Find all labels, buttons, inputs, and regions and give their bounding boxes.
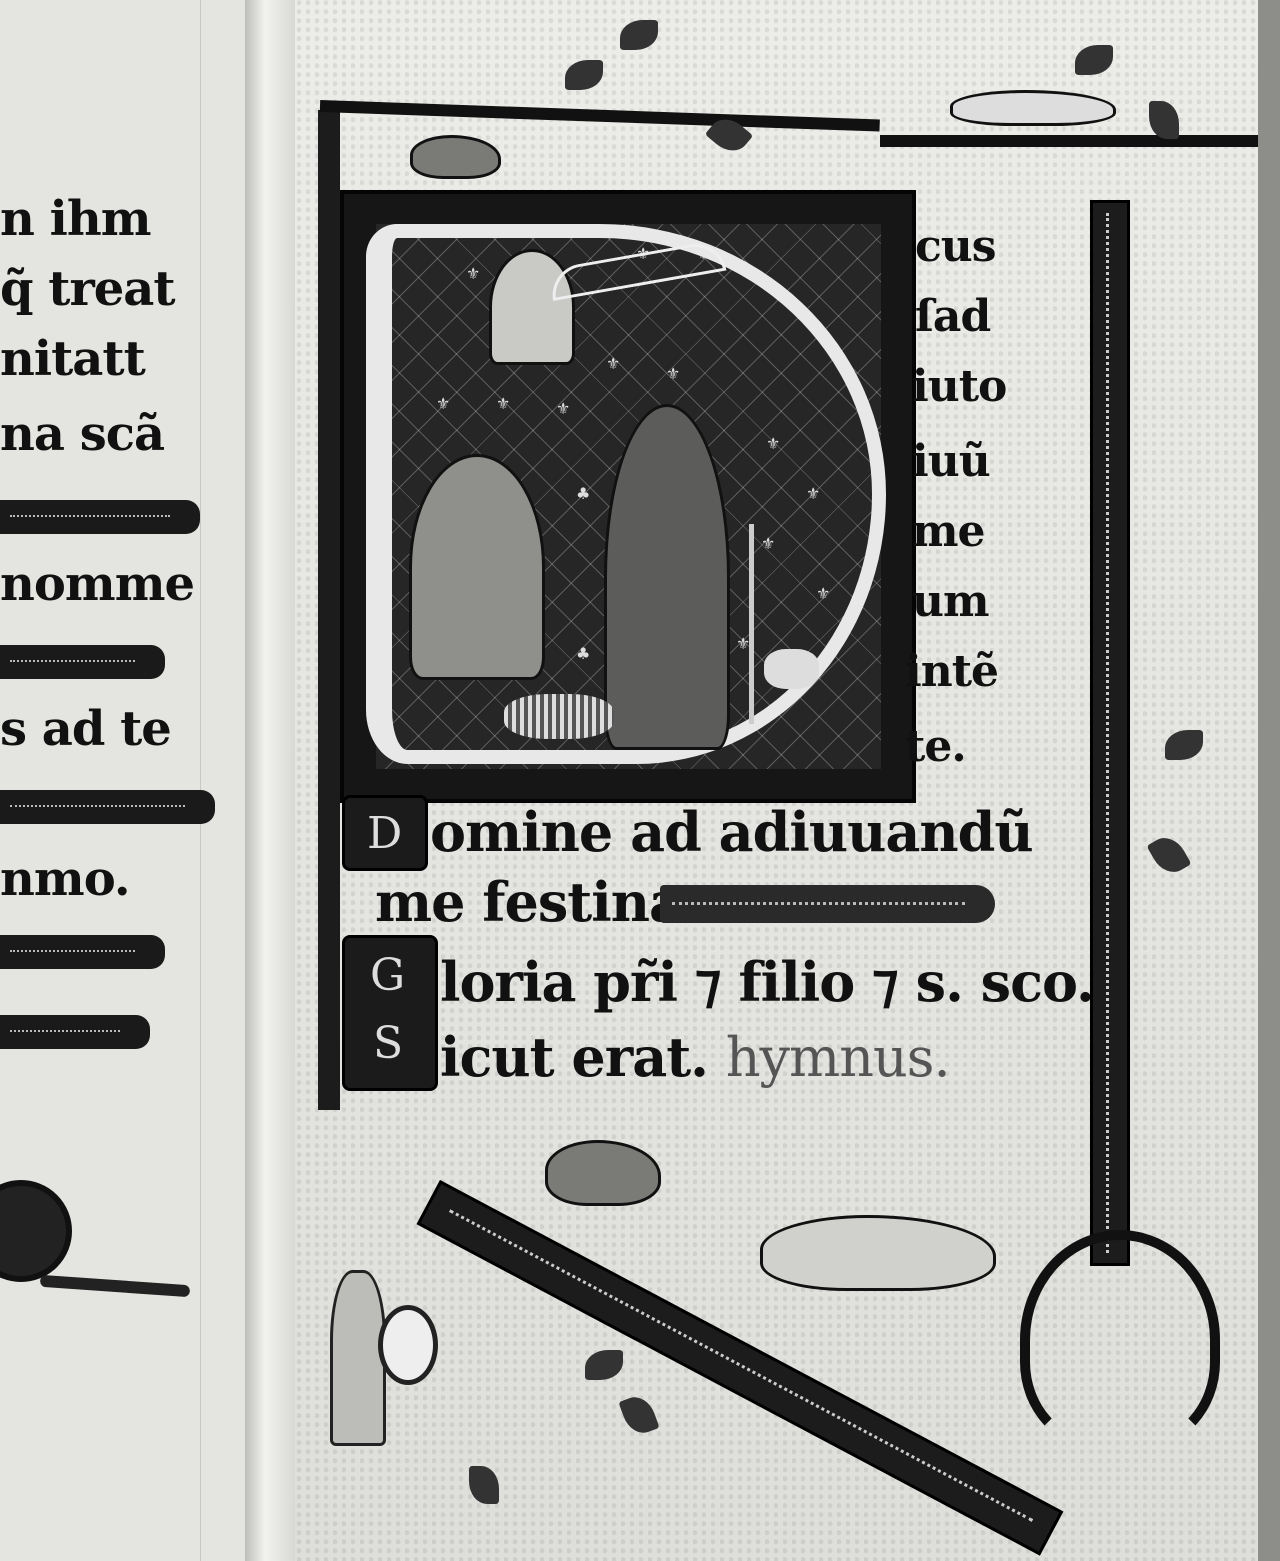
sheep-figure: [504, 694, 614, 739]
main-text-segment: icut erat.: [440, 1025, 708, 1089]
main-text-line: me festina.: [375, 875, 701, 929]
angel-figure: [489, 249, 575, 365]
spiral-ornament-icon: [0, 1180, 72, 1282]
left-text-line: n ihm: [0, 195, 151, 243]
ivy-leaf-icon: [620, 20, 658, 50]
small-dog-figure: [764, 649, 819, 689]
main-text-line: loria pr̃i ⁊ filio ⁊ s. sco.: [440, 955, 1094, 1009]
column-text-line: me: [912, 510, 985, 554]
ivy-leaf-icon: [1147, 831, 1192, 879]
ruling-line: [200, 0, 201, 1561]
line-filler-band: [0, 790, 215, 824]
hare-marginalia: [410, 135, 501, 179]
initial-letter: D: [367, 808, 402, 859]
manuscript-photo: n ihm q̃ treat nitatt na scã nomme s ad …: [0, 0, 1280, 1561]
tambourine-icon: [378, 1305, 438, 1385]
initial-letter: G: [370, 950, 405, 1001]
ivy-leaf-icon: [618, 1392, 659, 1438]
right-border-bar: [1090, 200, 1130, 1266]
main-text-line: icut erat. hymnus.: [440, 1030, 950, 1085]
column-text-line: intẽ: [905, 650, 998, 694]
line-filler-band: [660, 885, 995, 923]
book-gutter: [245, 0, 295, 1561]
ivy-leaf-icon: [565, 60, 603, 90]
seated-shepherd-figure: [409, 454, 545, 680]
left-text-line: nomme: [0, 560, 194, 608]
line-filler-band: [0, 500, 200, 534]
left-facing-page: n ihm q̃ treat nitatt na scã nomme s ad …: [0, 0, 247, 1561]
ivy-leaf-icon: [1149, 101, 1179, 139]
line-filler-band: [0, 645, 165, 679]
foliate-terminal-ornament: [1020, 1230, 1220, 1450]
border-tendril: [40, 1275, 190, 1297]
hare-marginalia: [545, 1140, 661, 1206]
line-filler-band: [0, 1015, 150, 1049]
column-text-line: um: [912, 580, 989, 624]
page-edge-shadow: [1258, 0, 1280, 1561]
rubric-hymnus: hymnus.: [726, 1026, 950, 1089]
small-initial: G S: [342, 935, 438, 1091]
dog-marginalia: [760, 1215, 996, 1291]
ivy-leaf-icon: [469, 1466, 499, 1504]
top-border-bar: [320, 100, 880, 132]
main-text-line: omine ad adiuuandũ: [430, 805, 1033, 859]
left-text-line: s ad te: [0, 705, 171, 753]
historiated-initial: ⚜ ⚜ ⚜ ⚜ ⚜ ⚜ ⚜ ⚜ ⚜ ⚜ ⚜ ⚜ ⚜ ⚜ ♣ ♣: [340, 190, 916, 803]
column-text-line: ſad: [915, 295, 990, 339]
column-text-line: te.: [905, 725, 966, 769]
left-text-line: nmo.: [0, 855, 130, 903]
left-text-line: na scã: [0, 410, 164, 458]
column-text-line: iuto: [912, 365, 1006, 409]
ivy-leaf-icon: [1075, 45, 1113, 75]
left-border-bar: [318, 110, 340, 1110]
column-text-line: iuũ: [912, 440, 990, 484]
left-text-line: nitatt: [0, 335, 145, 383]
dog-marginalia: [950, 90, 1116, 126]
column-text-line: cus: [915, 225, 996, 269]
top-right-border-bar: [880, 135, 1260, 147]
small-initial: D: [342, 795, 428, 871]
standing-shepherd-figure: [604, 404, 730, 750]
left-text-line: q̃ treat: [0, 265, 175, 313]
ivy-leaf-icon: [585, 1350, 623, 1380]
ivy-leaf-icon: [1165, 730, 1203, 760]
line-filler-band: [0, 935, 165, 969]
shepherd-staff: [749, 524, 754, 724]
musician-figure: [330, 1270, 386, 1446]
initial-letter: S: [373, 1018, 403, 1069]
